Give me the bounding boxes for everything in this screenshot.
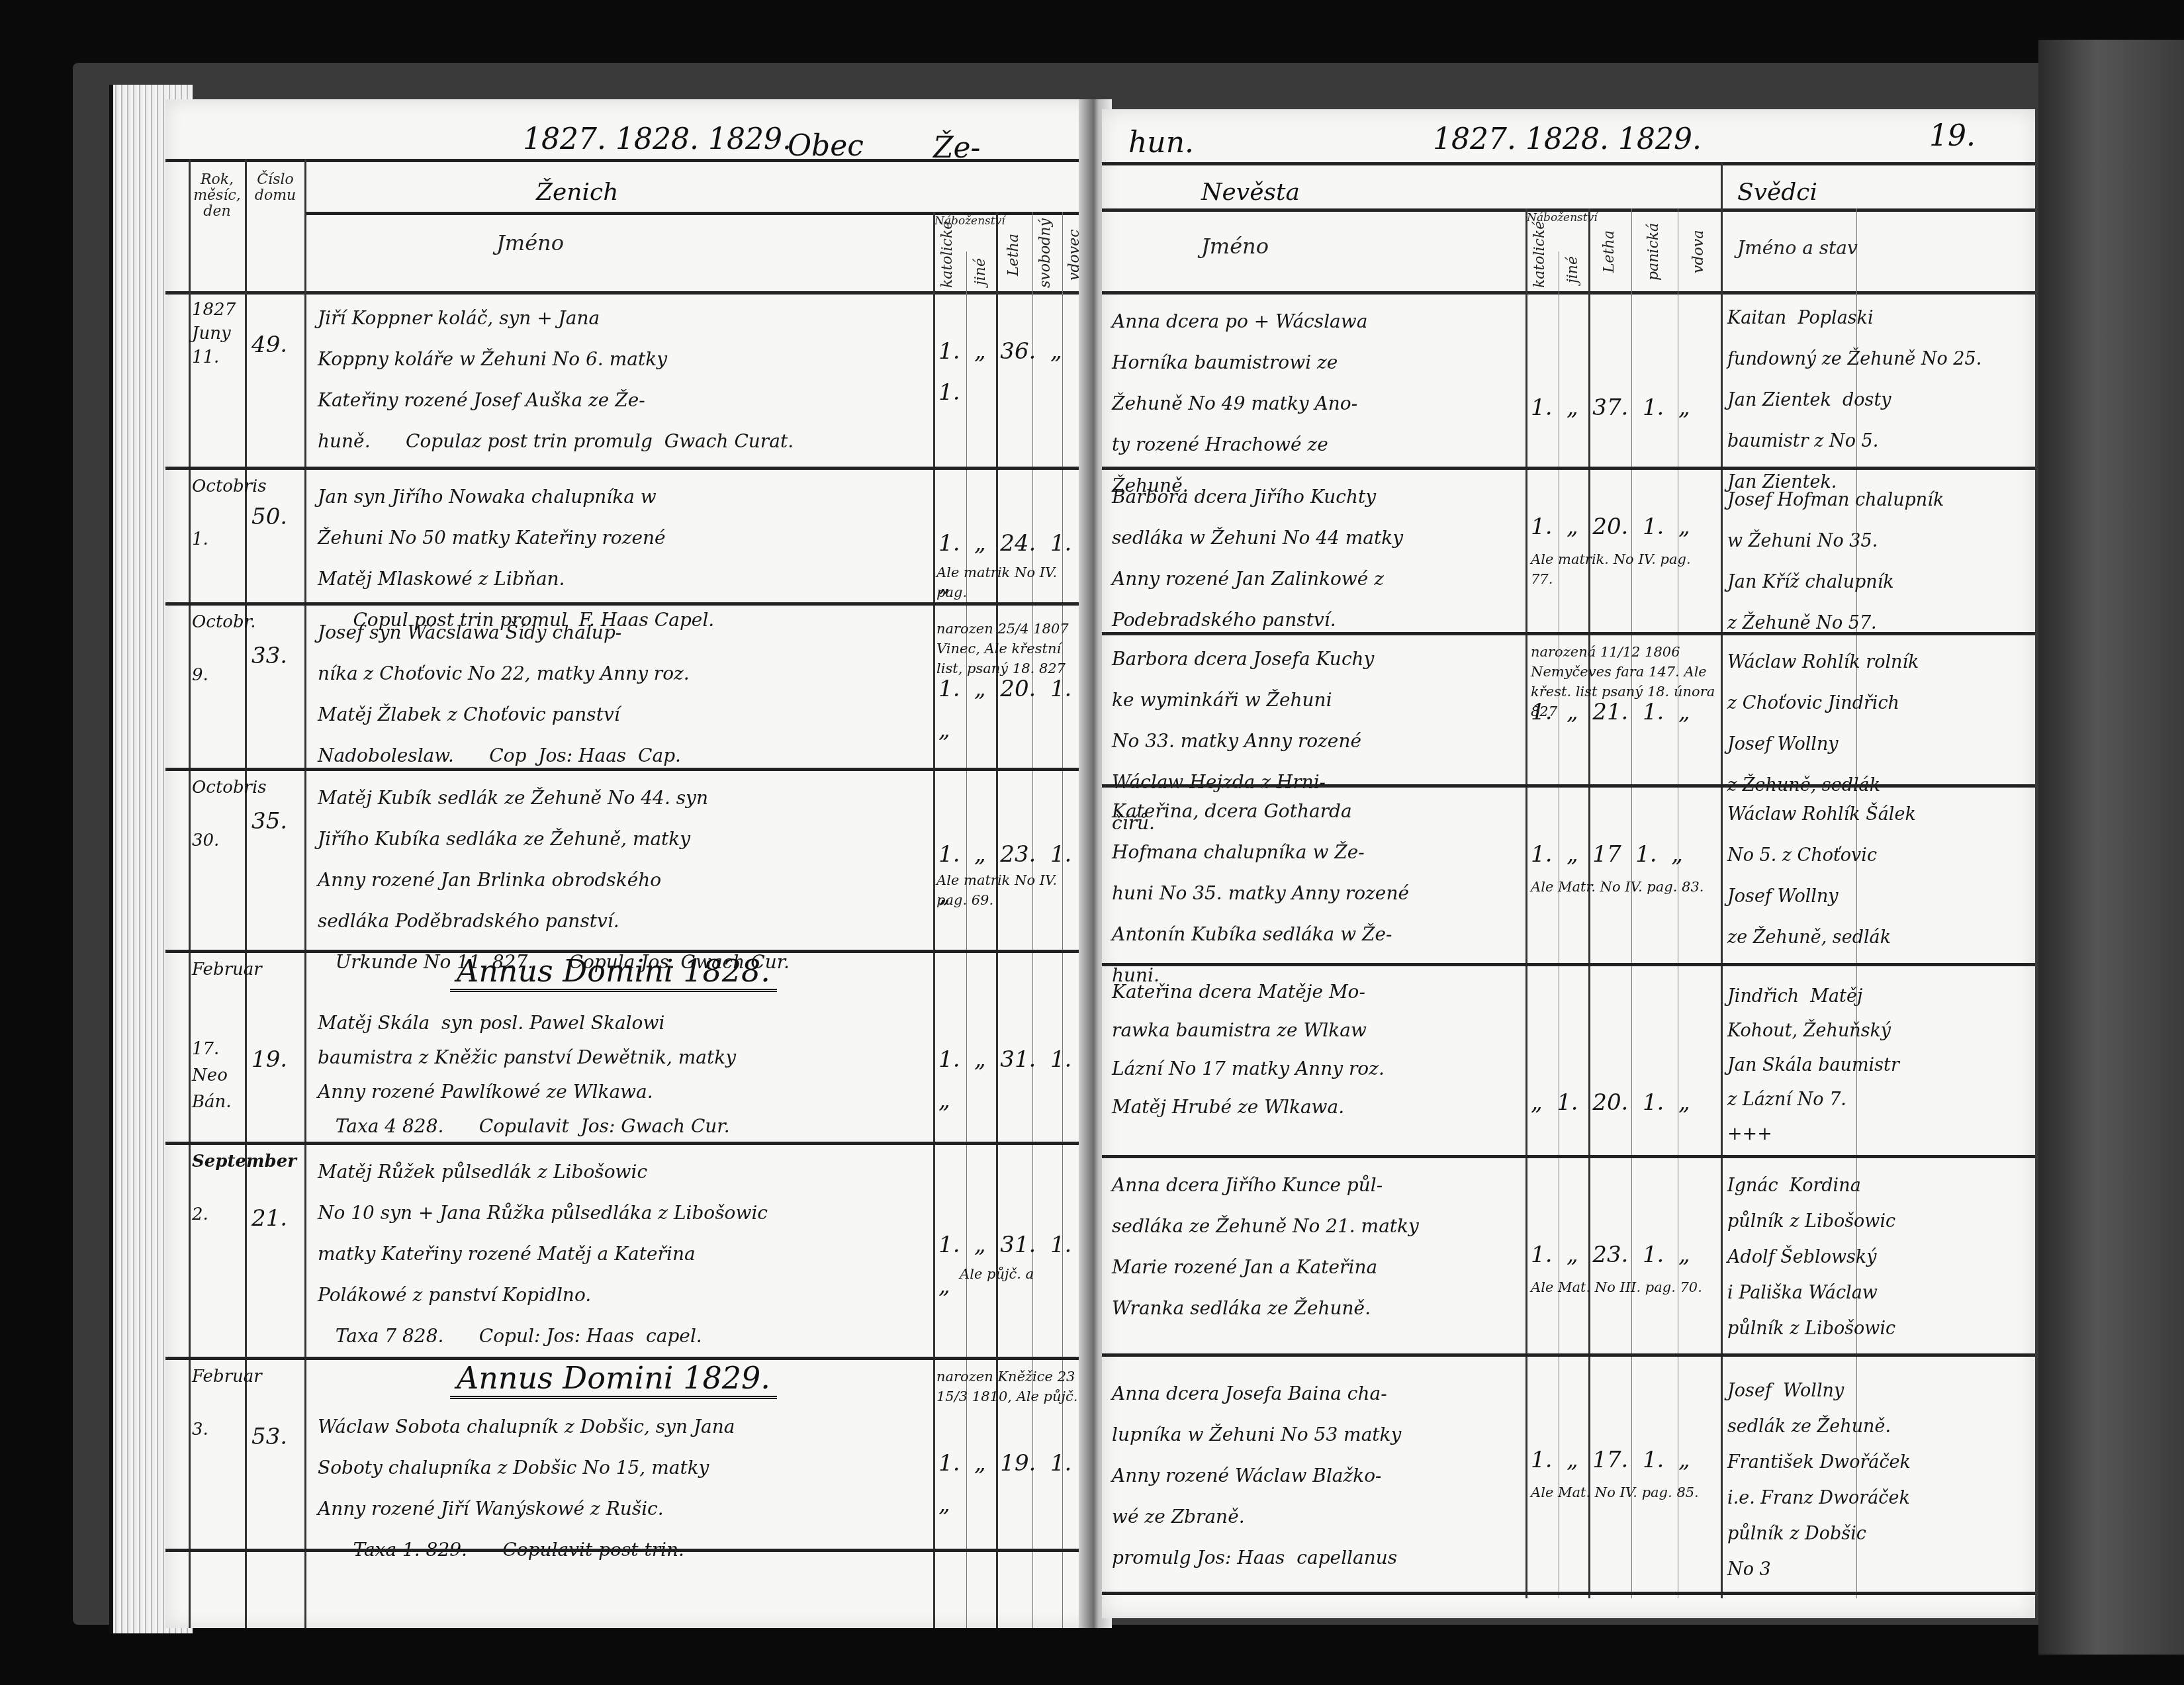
entry-day: 30.	[192, 831, 219, 850]
bride-note: Ale Matr. No IV. pag. 83.	[1531, 877, 1716, 897]
left-header-parish-label: Obec	[788, 129, 864, 163]
groom-note: narozen Kněžice 23 15/3 1810, Ale půjč.	[936, 1367, 1089, 1406]
bride-note: Ale Mat. No IV. pag. 85.	[1531, 1482, 1716, 1502]
year-divider-1828: Annus Domini 1828.	[450, 953, 777, 992]
bride-numbers: 1. „ 20. 1. „	[1531, 506, 1716, 547]
col-header-age: Letha	[1602, 218, 1617, 285]
col-line	[1032, 212, 1033, 1628]
groom-text: Jiří Koppner koláč, syn + Jana Koppny ko…	[318, 298, 927, 462]
bride-text: Anna dcera po + Wácslawa Horníka baumist…	[1112, 301, 1522, 506]
book-cover-edge	[2038, 40, 2184, 1655]
rule	[1102, 162, 2035, 165]
witnesses-text: Wáclaw Rohlík rolník z Choťovic Jindřich…	[1727, 642, 2032, 806]
entry-house-no: 35.	[251, 801, 287, 842]
right-header-years: 1827. 1828. 1829.	[1433, 122, 1702, 156]
col-line	[189, 159, 191, 1628]
entry-divider	[1102, 963, 2035, 966]
entry-date: Octobris1.	[192, 473, 245, 553]
groom-section-title: Ženich	[536, 179, 618, 206]
entry-day: 9.	[192, 665, 208, 685]
groom-note: Ale půjč. a	[960, 1264, 1092, 1284]
entry-house-no: 50.	[251, 496, 287, 537]
bride-section-title: Nevěsta	[1201, 179, 1300, 206]
col-header-catholic: katolické	[1532, 251, 1548, 288]
entry-day: 17.	[192, 1039, 219, 1059]
col-line	[966, 251, 967, 1628]
bride-text: Anna dcera Jiřího Kunce půl- sedláka ze …	[1112, 1165, 1522, 1329]
bride-numbers: 1. „ 37. 1. „	[1531, 387, 1716, 428]
groom-note: Ale matrik No IV. pag. 69.	[936, 870, 1089, 910]
entry-month: Februar	[192, 1367, 262, 1387]
entry-month: Octobr.	[192, 612, 255, 632]
witnesses-text: Josef Wollny sedlák ze Žehuně. František…	[1727, 1373, 2032, 1588]
col-header-age: Letha	[1006, 222, 1022, 288]
left-header-years: 1827. 1828. 1829.	[523, 122, 792, 156]
groom-numbers: 1. „ 31. 1. „	[938, 1039, 1091, 1121]
entry-divider	[1102, 784, 2035, 788]
bride-text: Anna dcera Josefa Baina cha- lupníka w Ž…	[1112, 1373, 1522, 1578]
witnesses-text: Wáclaw Rohlík Šálek No 5. z Choťovic Jos…	[1727, 794, 2032, 958]
bride-numbers: 1. „ 17. 1. „	[1531, 1439, 1716, 1480]
col-line	[996, 212, 998, 1628]
col-line	[933, 212, 935, 1628]
entry-day: 3.	[192, 1420, 208, 1439]
col-header-house-no: Číslo domu	[248, 172, 303, 204]
witnesses-text: Kaitan Poplaski fundowný ze Žehuně No 25…	[1727, 298, 2032, 503]
entry-house-no: 19.	[251, 1039, 287, 1080]
groom-text: Wáclaw Sobota chalupník z Dobšic, syn Ja…	[318, 1406, 927, 1571]
groom-numbers: 1. „ 19. 1. „	[938, 1443, 1091, 1525]
entry-divider	[165, 1142, 1079, 1145]
entry-date: Februar17.Neo Bán.	[192, 956, 271, 1115]
col-header-other: jiné	[973, 255, 989, 288]
entry-divider	[165, 768, 1079, 771]
groom-numbers: 1. „ 36. „ 1.	[938, 331, 1091, 413]
col-line	[1525, 208, 1527, 1598]
witnesses-text: Jindřich Matěj Kohout, Žehuňský Jan Skál…	[1727, 979, 2032, 1152]
entry-day: 2.	[192, 1205, 208, 1224]
entry-divider	[1102, 467, 2035, 470]
bride-note: Ale Mat. No III. pag. 70.	[1531, 1277, 1716, 1297]
bride-numbers: 1. „ 23. 1. „	[1531, 1234, 1716, 1275]
entry-divider	[1102, 1155, 2035, 1158]
col-header-witness-name: Jméno a stav	[1737, 238, 1858, 259]
col-header-other: jiné	[1565, 251, 1581, 288]
groom-text: Matěj Skála syn posl. Pawel Skalowi baum…	[318, 1006, 927, 1144]
entry-day: 1.	[192, 529, 208, 549]
groom-note: narozen 25/4 1807 Vinec, Ale křestní lis…	[936, 619, 1089, 678]
bride-text: Barbora dcera Jiřího Kuchty sedláka w Že…	[1112, 477, 1522, 641]
entry-divider	[1102, 1592, 2035, 1595]
entry-house-no: 49.	[251, 324, 287, 365]
entry-month: Octobris	[192, 778, 267, 797]
witnesses-text: Ignác Kordina půlník z Libošowic Adolf Š…	[1727, 1168, 2032, 1347]
bride-note: narozená 11/12 1806 Nemyčeves fara 147. …	[1531, 642, 1716, 721]
year-divider-1829: Annus Domini 1829.	[450, 1360, 777, 1399]
entry-date: Octobris30.	[192, 774, 245, 854]
col-header-bride-name: Jméno	[1201, 235, 1269, 258]
groom-numbers: 1. „ 20. 1. „	[938, 668, 1091, 751]
entry-date-extra: Neo Bán.	[192, 1066, 233, 1112]
entry-house-no: 21.	[251, 1198, 287, 1239]
right-header-parish-part: hun.	[1128, 126, 1194, 159]
groom-note: Ale matrik No IV. pag.	[936, 563, 1089, 602]
entry-divider	[1102, 632, 2035, 635]
col-header-maiden: panická	[1646, 218, 1662, 285]
entry-year: 1827	[192, 300, 236, 320]
rule	[1102, 291, 2035, 295]
bride-text: Kateřina dcera Matěje Mo- rawka baumistr…	[1112, 973, 1522, 1126]
rule	[165, 159, 1079, 162]
witnesses-text: Josef Hofman chalupník w Žehuni No 35. J…	[1727, 480, 2032, 644]
entry-divider	[1102, 1353, 2035, 1357]
bride-note: Ale matrik. No IV. pag. 77.	[1531, 549, 1716, 589]
col-header-catholic: katolické	[940, 255, 956, 288]
col-line	[304, 159, 306, 1628]
col-header-single: svobodný	[1038, 222, 1054, 288]
witnesses-section-title: Svědci	[1737, 179, 1817, 206]
entry-month: Juny	[192, 324, 231, 343]
entry-divider	[165, 1549, 1079, 1552]
entry-month: September	[192, 1152, 296, 1171]
entry-divider	[165, 467, 1079, 470]
entry-house-no: 53.	[251, 1416, 287, 1457]
page-number: 19.	[1929, 119, 1976, 153]
entry-divider	[165, 602, 1079, 606]
rule	[165, 291, 1079, 295]
entry-month: Octobris	[192, 477, 267, 496]
bride-numbers: „ 1. 20. 1. „	[1531, 1082, 1716, 1123]
col-header-widow: vdova	[1691, 218, 1707, 285]
col-line	[1721, 162, 1723, 1598]
entry-date: Octobr.9.	[192, 609, 245, 688]
col-line	[1559, 251, 1559, 1598]
entry-house-no: 33.	[251, 635, 287, 676]
col-header-date: Rok, měsíc, den	[191, 172, 244, 220]
col-line	[1062, 212, 1063, 1628]
groom-text: Josef syn Wácslawa Šídy chalup- níka z C…	[318, 612, 927, 776]
entry-day: 11.	[192, 347, 219, 367]
entry-month: Februar	[192, 960, 262, 979]
groom-text: Matěj Růžek půlsedlák z Libošowic No 10 …	[318, 1152, 927, 1357]
bride-numbers: 1. „ 17 1. „	[1531, 834, 1716, 875]
right-page: hun. 1827. 1828. 1829. 19. Nevěsta Svědc…	[1102, 109, 2035, 1618]
entry-date: 1827Juny11.	[192, 298, 245, 369]
col-header-name: Jméno	[496, 232, 564, 255]
left-page: 1827. 1828. 1829. Obec Že- Ženich Rok, m…	[165, 99, 1092, 1628]
